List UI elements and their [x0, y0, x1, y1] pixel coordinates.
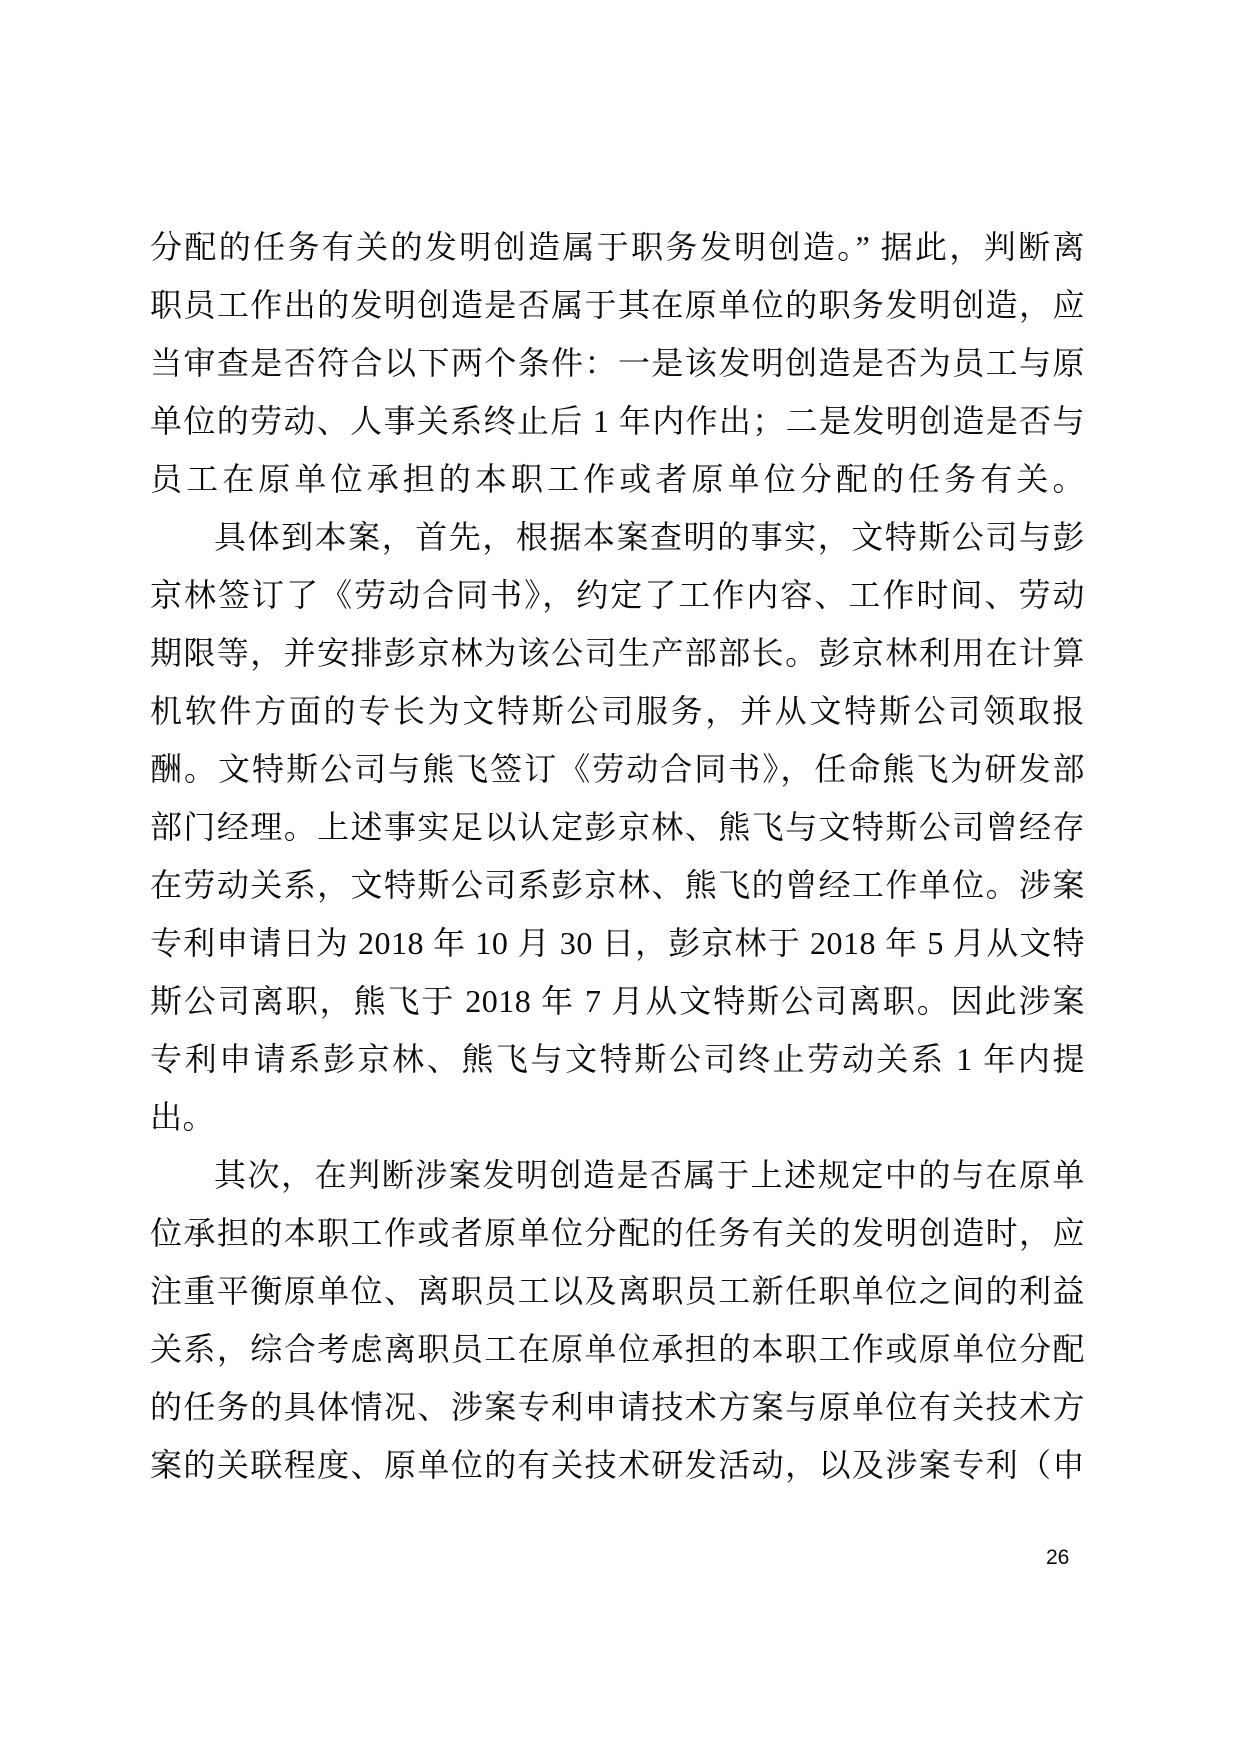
text-line: 酬。文特斯公司与熊飞签订《劳动合同书》，任命熊飞为研发部	[150, 740, 1085, 798]
text-line: 出。	[150, 1088, 1085, 1146]
text-line: 的任务的具体情况、涉案专利申请技术方案与原单位有关技术方	[150, 1378, 1085, 1436]
document-page: 分配的任务有关的发明创造属于职务发明创造。” 据此，判断离 职员工作出的发明创造…	[0, 0, 1240, 1754]
text-line: 位承担的本职工作或者原单位分配的任务有关的发明创造时，应	[150, 1204, 1085, 1262]
text-line: 其次，在判断涉案发明创造是否属于上述规定中的与在原单	[150, 1146, 1085, 1204]
text-line: 专利申请日为 2018 年 10 月 30 日，彭京林于 2018 年 5 月从…	[150, 914, 1085, 972]
text-line: 专利申请系彭京林、熊飞与文特斯公司终止劳动关系 1 年内提	[150, 1030, 1085, 1088]
text-line: 注重平衡原单位、离职员工以及离职员工新任职单位之间的利益	[150, 1262, 1085, 1320]
text-line: 斯公司离职，熊飞于 2018 年 7 月从文特斯公司离职。因此涉案	[150, 972, 1085, 1030]
text-line: 京林签订了《劳动合同书》，约定了工作内容、工作时间、劳动	[150, 566, 1085, 624]
text-line: 员工在原单位承担的本职工作或者原单位分配的任务有关。	[150, 450, 1085, 508]
text-line: 当审查是否符合以下两个条件：一是该发明创造是否为员工与原	[150, 334, 1085, 392]
text-line: 关系，综合考虑离职员工在原单位承担的本职工作或原单位分配	[150, 1320, 1085, 1378]
page-number: 26	[1046, 1546, 1069, 1570]
text-block: 分配的任务有关的发明创造属于职务发明创造。” 据此，判断离 职员工作出的发明创造…	[150, 218, 1085, 1494]
text-line: 职员工作出的发明创造是否属于其在原单位的职务发明创造，应	[150, 276, 1085, 334]
text-line: 案的关联程度、原单位的有关技术研发活动，以及涉案专利（申	[150, 1436, 1085, 1494]
text-line: 部门经理。上述事实足以认定彭京林、熊飞与文特斯公司曾经存	[150, 798, 1085, 856]
text-line: 单位的劳动、人事关系终止后 1 年内作出；二是发明创造是否与	[150, 392, 1085, 450]
text-line: 在劳动关系，文特斯公司系彭京林、熊飞的曾经工作单位。涉案	[150, 856, 1085, 914]
text-line: 具体到本案，首先，根据本案查明的事实，文特斯公司与彭	[150, 508, 1085, 566]
text-line: 分配的任务有关的发明创造属于职务发明创造。” 据此，判断离	[150, 218, 1085, 276]
text-line: 机软件方面的专长为文特斯公司服务，并从文特斯公司领取报	[150, 682, 1085, 740]
text-line: 期限等，并安排彭京林为该公司生产部部长。彭京林利用在计算	[150, 624, 1085, 682]
